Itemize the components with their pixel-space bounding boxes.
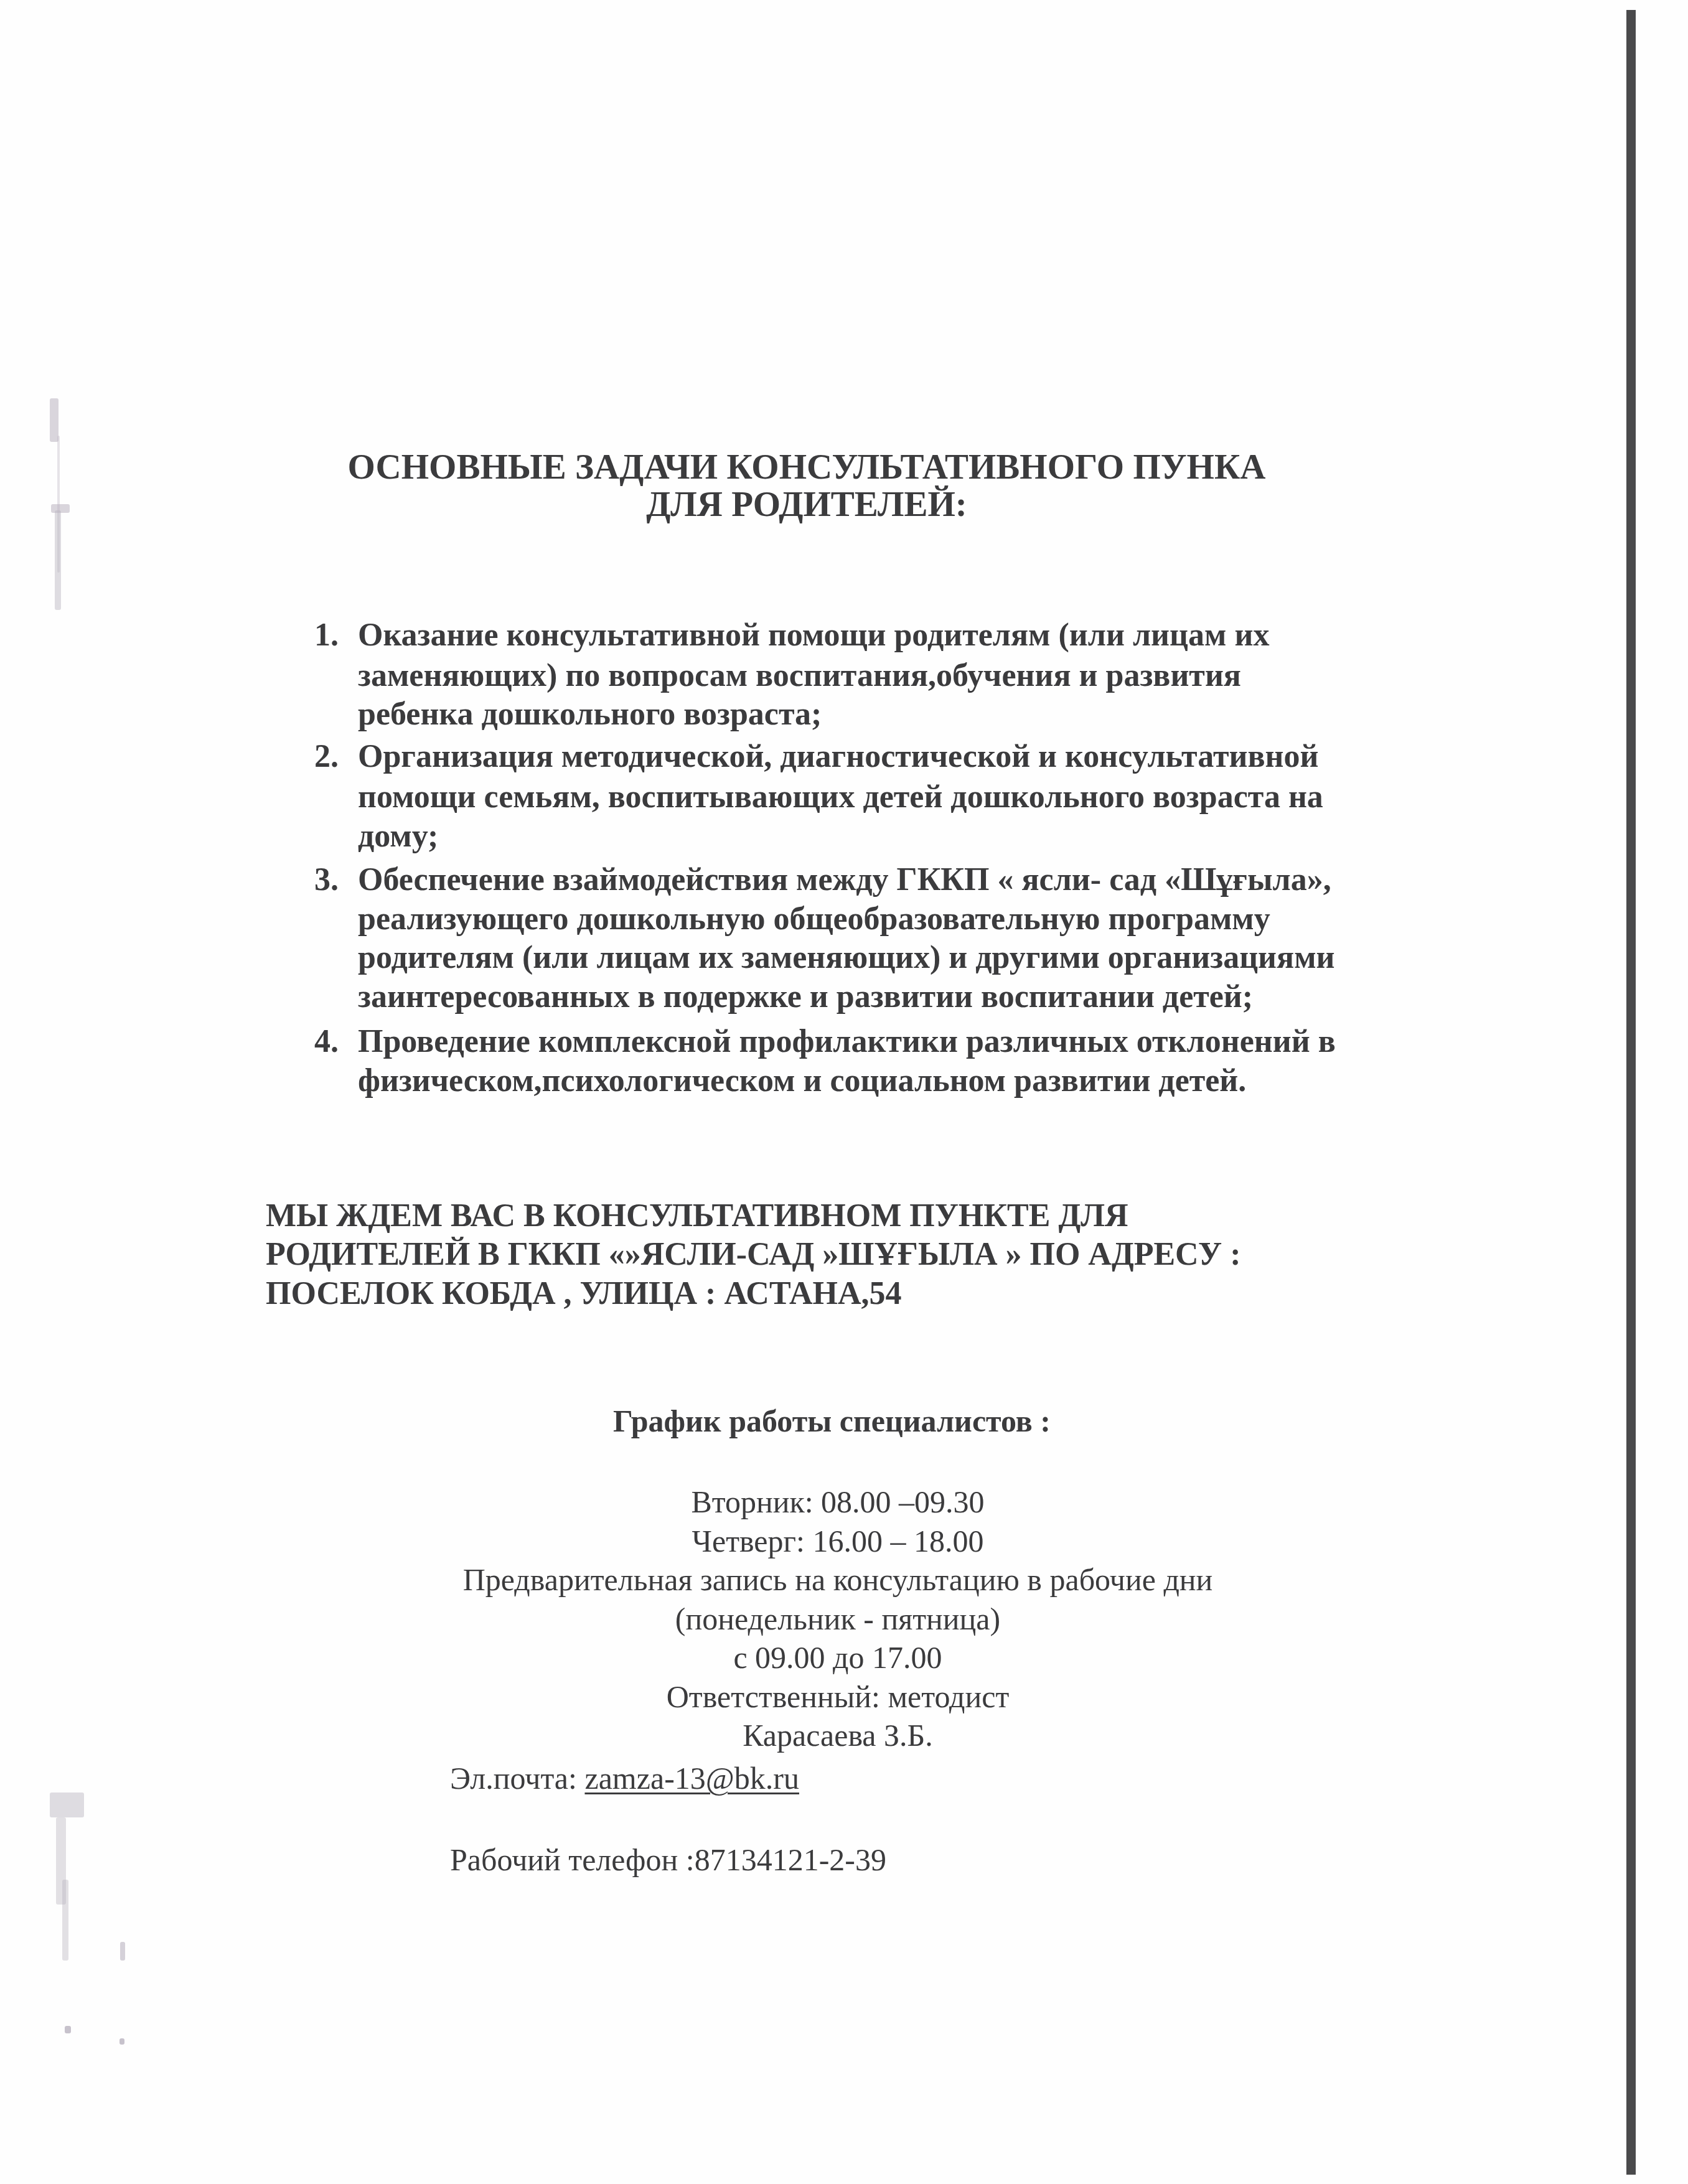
- scan-smudge: [120, 2038, 124, 2045]
- schedule-line-responsible: Ответственный: методист: [0, 1681, 1682, 1712]
- task-line: заменяющих) по вопросам воспитания,обуче…: [358, 660, 1241, 692]
- task-line: Оказание консультативной помощи родителя…: [358, 619, 1269, 652]
- schedule-line-weekdays: (понедельник - пятница): [0, 1603, 1682, 1634]
- schedule-line-methodist-name: Карасаева З.Б.: [0, 1720, 1682, 1751]
- schedule-line-appointment: Предварительная запись на консультацию в…: [0, 1564, 1682, 1595]
- phone-label: Рабочий телефон :: [450, 1842, 695, 1877]
- scan-smudge: [55, 510, 61, 610]
- scan-smudge: [50, 1793, 84, 1817]
- document-title-line-1: ОСНОВНЫЕ ЗАДАЧИ КОНСУЛЬТАТИВНОГО ПУНКА: [0, 449, 1651, 485]
- task-line: дому;: [358, 820, 438, 853]
- task-number: 2.: [314, 741, 339, 773]
- task-number: 3.: [314, 864, 339, 896]
- invitation-line: ПОСЕЛОК КОБДА , УЛИЦА : АСТАНА,54: [266, 1278, 902, 1310]
- invitation-line: МЫ ЖДЕМ ВАС В КОНСУЛЬТАТИВНОМ ПУНКТЕ ДЛЯ: [266, 1200, 1128, 1232]
- phone-number: 87134121-2-39: [695, 1842, 886, 1877]
- task-number: 4.: [314, 1026, 339, 1058]
- phone-row: Рабочий телефон :87134121-2-39: [450, 1844, 886, 1875]
- scan-smudge: [120, 1942, 125, 1961]
- task-line: родителям (или лицам их заменяющих) и др…: [358, 942, 1335, 974]
- task-line: физическом,психологическом и социальном …: [358, 1065, 1246, 1097]
- schedule-line-tuesday: Вторник: 08.00 –09.30: [0, 1486, 1682, 1517]
- scan-smudge: [65, 2026, 71, 2033]
- task-line: ребенка дошкольного возраста;: [358, 698, 822, 731]
- schedule-line-thursday: Четверг: 16.00 – 18.00: [0, 1526, 1682, 1557]
- task-number: 1.: [314, 619, 339, 652]
- scan-edge-bar: [1626, 10, 1636, 2175]
- invitation-line: РОДИТЕЛЕЙ В ГККП «»ЯСЛИ-САД »ШҰҒЫЛА » ПО…: [266, 1239, 1240, 1271]
- schedule-line-hours: с 09.00 до 17.00: [0, 1642, 1682, 1673]
- task-line: Обеспечение взаймодействия между ГККП « …: [358, 864, 1331, 896]
- email-label: Эл.почта:: [450, 1761, 577, 1796]
- task-line: помощи семьям, воспитывающих детей дошко…: [358, 781, 1323, 813]
- task-line: заинтересованных в подержке и развитии в…: [358, 981, 1253, 1013]
- scanned-page: ОСНОВНЫЕ ЗАДАЧИ КОНСУЛЬТАТИВНОГО ПУНКА Д…: [0, 0, 1688, 2184]
- email-link[interactable]: zamza-13@bk.ru: [584, 1761, 799, 1796]
- scan-smudge: [62, 1880, 68, 1961]
- email-row: Эл.почта: zamza-13@bk.ru: [450, 1763, 799, 1794]
- task-line: Организация методической, диагностическо…: [358, 741, 1318, 773]
- schedule-title: График работы специалистов :: [613, 1405, 1051, 1436]
- task-line: Проведение комплексной профилактики разл…: [358, 1026, 1336, 1058]
- document-title-line-2: ДЛЯ РОДИТЕЛЕЙ:: [0, 487, 1651, 522]
- task-line: реализующего дошкольную общеобразователь…: [358, 903, 1270, 935]
